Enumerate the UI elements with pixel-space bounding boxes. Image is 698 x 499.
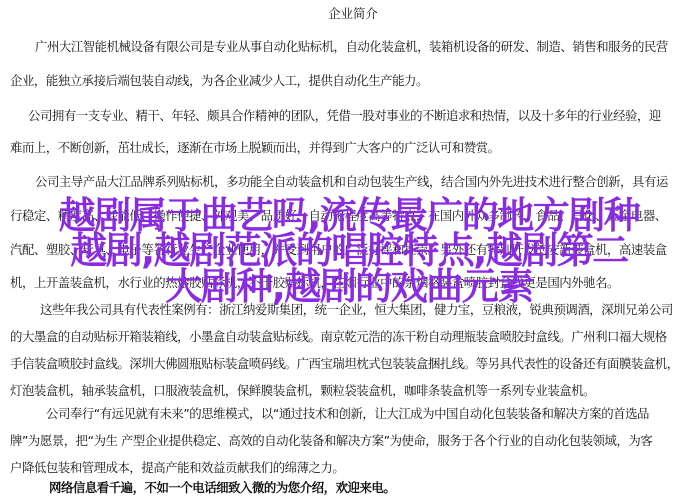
contact-call-to-action: 网络信息看千遍，不如一个电话细致入微的为您介绍，欢迎来电。 [49, 480, 395, 496]
paragraph-2-line-2: 难而上，不断创新，茁壮成长，逐渐在市场上脱颖而出，并得到广大客户的广泛认可和赞赏… [10, 140, 500, 156]
paragraph-4-line-3: 手信装盒喷胶封盒线。深圳大佛圆瓶贴标装盒喷码线。广西宝瑞坦枕式包装装盒捆扎线。等… [10, 356, 679, 372]
paragraph-5-line-1: 公司奉行“有远见就有未来”的思维模式，以“通过技术和创新，让大江成为中国自动化包… [46, 406, 649, 422]
paragraph-5-line-2: 牌”为愿景，把“为生 产型企业提供稳定、高效的自动化装备和解决方案”为使命，服务… [10, 433, 652, 449]
paragraph-2-line-1: 公司拥有一支专业、精干、年轻、颇具合作精神的团队，凭借一股对事业的不断追求和热情… [28, 108, 661, 124]
overlay-headline-line-3: 大剧种,越剧的戏曲元素 [0, 267, 698, 307]
document-title: 企业简介 [0, 6, 698, 22]
paragraph-5-line-3: 户降低包装和管理成本，提高产能和效益贡献我们的绵薄之力。 [10, 460, 344, 476]
paragraph-3-line-1: 公司主导产品大江品牌系列贴标机，多功能全自动装盒机和自动包装生产线，结合国内外先… [35, 174, 668, 190]
paragraph-4-line-2: 的大墨盒的自动贴标开箱装箱线，小墨盒自动装盒贴标线。南京乾元浩的冻干粉自动理瓶装… [10, 329, 667, 345]
paragraph-4-line-4: 灯泡装盒机，轴承装盒机，口服液装盒机，保鲜膜装盒机，颗粒袋装盒机，咖啡条装盒机等… [10, 383, 595, 399]
paragraph-1-line-1: 广州大江智能机械设备有限公司是专业从事自动化贴标机，自动化装盒机，装箱机设备的研… [35, 39, 668, 55]
paragraph-1-line-2: 企业，能独立承接后端包装自动线，为各企业减少人工，提供自动化生产能力。 [10, 73, 428, 89]
